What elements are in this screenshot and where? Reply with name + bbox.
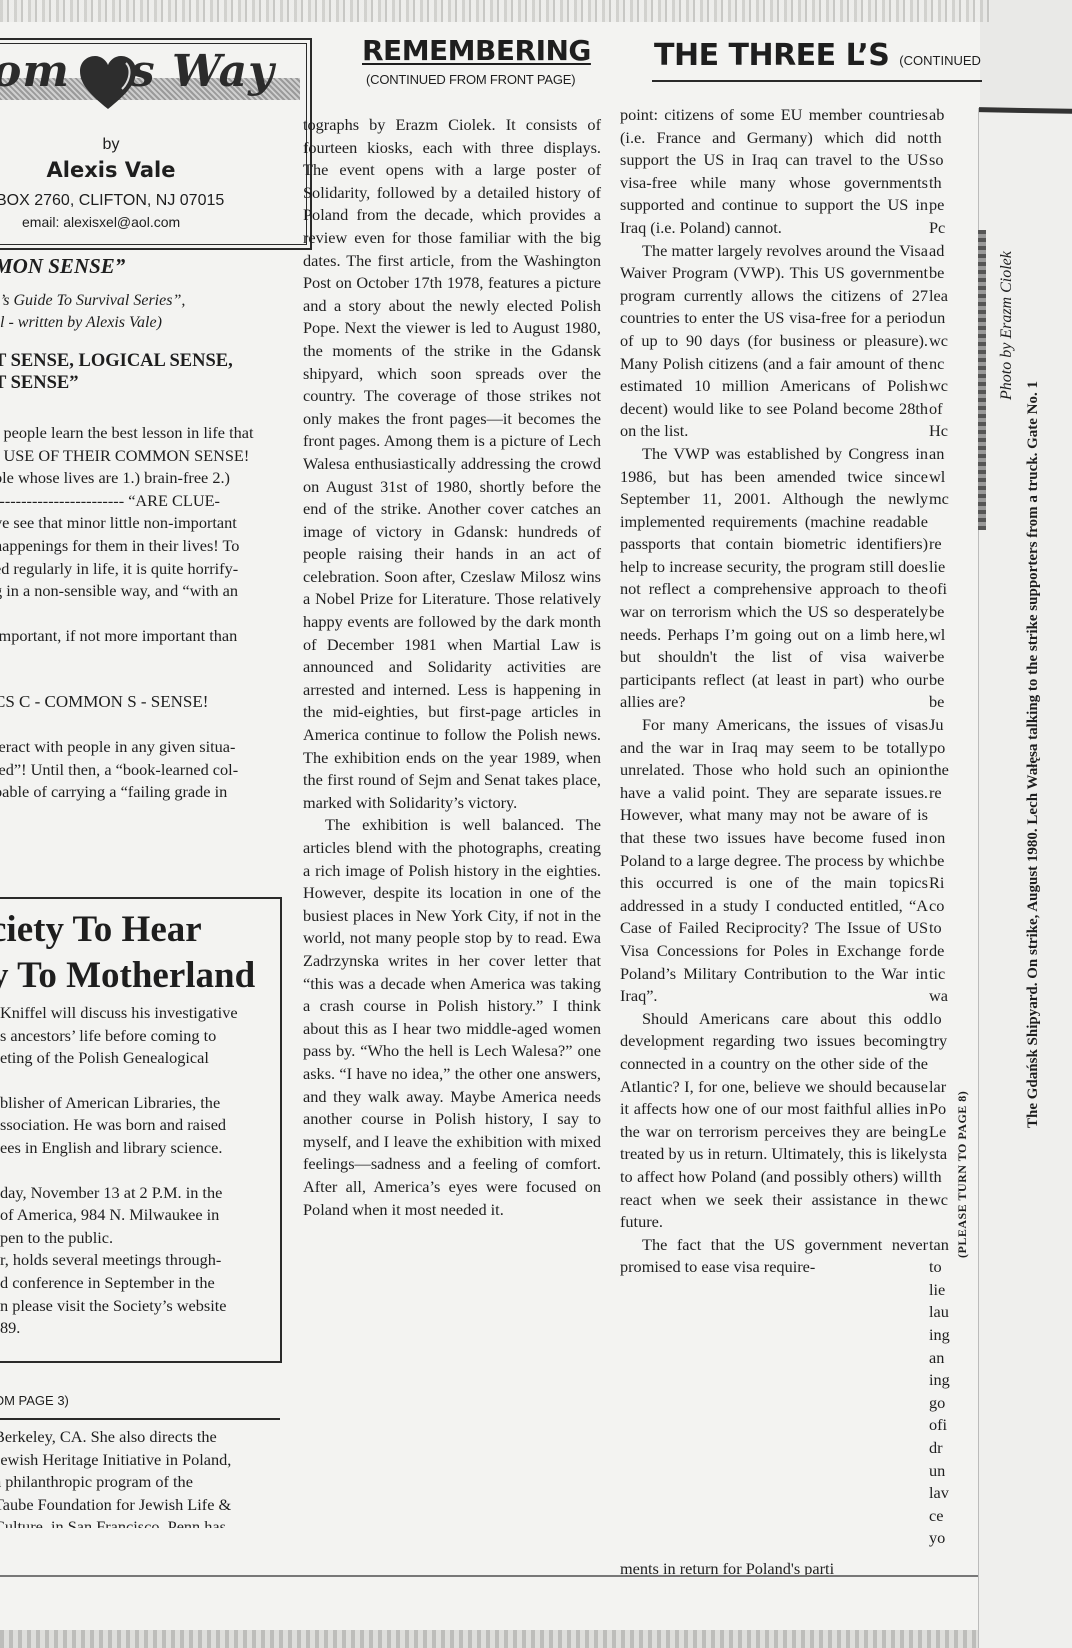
truncated-fragment: lo — [929, 1008, 957, 1031]
truncated-fragment: to — [929, 917, 957, 940]
truncated-fragment — [929, 804, 957, 827]
truncated-fragment: be — [929, 262, 957, 285]
spacer — [0, 1160, 272, 1182]
text-line: pable of carrying a “failing grade in — [0, 781, 294, 804]
truncated-fragment: sta — [929, 1143, 957, 1166]
text-line: important, if not more important than — [0, 625, 294, 648]
byline-by: by — [0, 136, 222, 154]
truncated-fragment: so — [929, 149, 957, 172]
truncated-fragment: try — [929, 1030, 957, 1053]
spacer — [0, 669, 294, 691]
text-line: Jewish Heritage Initiative in Poland, — [0, 1449, 284, 1472]
common-sense-body: f people learn the best lesson in life t… — [0, 422, 294, 804]
truncated-fragment: th — [929, 1166, 957, 1189]
photo-page-top-edge — [979, 107, 1072, 114]
truncated-fragment: on — [929, 827, 957, 850]
truncated-fragment: dr — [929, 1437, 957, 1460]
truncated-fragment: be — [929, 691, 957, 714]
truncated-fragment: nc — [929, 353, 957, 376]
truncated-fragment: un — [929, 1460, 957, 1483]
remembering-article-body: tographs by Erazm Ciolek. It consists of… — [303, 114, 601, 1221]
article-paragraph: For many Americans, the issues of visas … — [620, 714, 928, 1008]
text-line: Taube Foundation for Jewish Life & — [0, 1494, 284, 1517]
article-paragraph: point: citizens of some EU member countr… — [620, 104, 928, 240]
spacer — [0, 1070, 272, 1092]
article-paragraph: tographs by Erazm Ciolek. It consists of… — [303, 114, 601, 814]
truncated-fragment: ofi — [929, 578, 957, 601]
truncated-fragment: lie — [929, 1279, 957, 1302]
truncated-fragment: Po — [929, 1098, 957, 1121]
truncated-fragment: de — [929, 940, 957, 963]
text-line: eting of the Polish Genealogical — [0, 1047, 272, 1070]
truncated-fragment: tic — [929, 963, 957, 986]
truncated-fragment: wa — [929, 985, 957, 1008]
three-ls-continued-label: (CONTINUED — [899, 53, 981, 68]
text-line: blisher of American Libraries, the — [0, 1092, 272, 1115]
text-line: s ancestors’ life before coming to — [0, 1025, 272, 1048]
bottom-left-article: Berkeley, CA. She also directs the Jewis… — [0, 1426, 284, 1528]
text-line: ------------------------ “ARE CLUE- — [0, 490, 294, 513]
truncated-fragment: Ri — [929, 872, 957, 895]
truncated-fragment: be — [929, 601, 957, 624]
truncated-fragment: wc — [929, 330, 957, 353]
truncated-fragment: ad — [929, 240, 957, 263]
truncated-fragment: pe — [929, 194, 957, 217]
truncated-fragment: ing — [929, 1369, 957, 1392]
text-line: teract with people in any given situa- — [0, 736, 294, 759]
text-line: g in a non-sensible way, and “with an — [0, 580, 294, 603]
text-line: - USE OF THEIR COMMON SENSE! — [0, 445, 294, 468]
truncated-fragment: the — [929, 759, 957, 782]
common-sense-heading: T SENSE, LOGICAL SENSE, T SENSE” — [0, 350, 233, 394]
subtitle-line: ’s Guide To Survival Series”, — [0, 290, 185, 312]
truncated-fragment: be — [929, 850, 957, 873]
spacer — [0, 603, 294, 625]
truncated-fragment: be — [929, 646, 957, 669]
text-line: f people learn the best lesson in life t… — [0, 422, 294, 445]
truncated-fragment: po — [929, 737, 957, 760]
masthead-title-prefix: om — [0, 46, 70, 97]
article-paragraph: The fact that the US government never pr… — [620, 1234, 928, 1279]
section-rule — [0, 1418, 280, 1420]
truncated-fragment: ing — [929, 1324, 957, 1347]
text-line: ve see that minor little non-important — [0, 512, 294, 535]
truncated-fragment: lie — [929, 556, 957, 579]
text-line: of America, 984 N. Milwaukee in — [0, 1204, 272, 1227]
truncated-fragment: re — [929, 782, 957, 805]
photo-edge — [978, 230, 986, 530]
newspaper-page: oms Way by Alexis Vale BOX 2760, CLIFTON… — [0, 0, 980, 1648]
author-address: BOX 2760, CLIFTON, NJ 07015 — [0, 192, 224, 210]
text-line: happenings for them in their lives! To — [0, 535, 294, 558]
society-headline-line: y To Motherland — [0, 955, 255, 997]
truncated-fragment: to — [929, 1256, 957, 1279]
truncated-column: abthsothpePcadbeleaunwcncwcofHcanwlmcrel… — [929, 104, 957, 1550]
truncated-fragment: of — [929, 398, 957, 421]
truncated-fragment: th — [929, 172, 957, 195]
text-line: 89. — [0, 1317, 272, 1340]
truncated-fragment: mc — [929, 488, 957, 511]
author-name: Alexis Vale — [0, 158, 222, 182]
truncated-fragment: lar — [929, 1076, 957, 1099]
three-ls-article-body: point: citizens of some EU member countr… — [620, 104, 928, 1279]
scan-noise-top — [0, 0, 990, 22]
truncated-fragment: be — [929, 669, 957, 692]
truncated-fragment: Pc — [929, 217, 957, 240]
text-line: pen to the public. — [0, 1227, 272, 1250]
spacer — [0, 714, 294, 736]
truncated-fragment: lea — [929, 285, 957, 308]
spacer — [0, 647, 294, 669]
society-headline-line: ciety To Hear — [0, 909, 202, 951]
truncated-fragment: lav — [929, 1482, 957, 1505]
common-sense-title: MON SENSE” — [0, 254, 125, 279]
text-line: day, November 13 at 2 P.M. in the — [0, 1182, 272, 1205]
truncated-fragment — [929, 1211, 957, 1234]
text-line: Kniffel will discuss his investigative — [0, 1002, 272, 1025]
scan-noise-bottom — [0, 1630, 990, 1648]
truncated-fragment: wl — [929, 624, 957, 647]
headline-rule — [652, 80, 982, 82]
masthead-title-suffix: s Way — [130, 46, 275, 97]
text-line: ted”! Until then, a “book-learned col- — [0, 759, 294, 782]
photo-caption: The Gdańsk Shipyard. On strike, August 1… — [1025, 381, 1042, 1128]
cut-off-line: ments in return for Poland's parti — [620, 1562, 834, 1576]
heading-line: T SENSE, LOGICAL SENSE, — [0, 350, 233, 372]
text-line: a philanthropic program of the — [0, 1471, 284, 1494]
truncated-fragment: tan — [929, 1234, 957, 1257]
truncated-fragment: un — [929, 307, 957, 330]
truncated-fragment: ce — [929, 1505, 957, 1528]
text-line: Culture, in San Francisco. Penn has — [0, 1516, 284, 1528]
subtitle-line: l - written by Alexis Vale) — [0, 312, 185, 334]
author-email[interactable]: email: alexisxel@aol.com — [22, 214, 180, 230]
photo-credit: Photo by Erazm Ciolek — [998, 251, 1016, 400]
truncated-fragment: Ju — [929, 714, 957, 737]
truncated-fragment — [929, 1053, 957, 1076]
text-line: ed regularly in life, it is quite horrif… — [0, 558, 294, 581]
society-box: ciety To Hear y To Motherland Kniffel wi… — [0, 897, 282, 1363]
continued-from-label: OM PAGE 3) — [0, 1393, 69, 1408]
truncated-fragment: wc — [929, 375, 957, 398]
truncated-fragment: Hc — [929, 420, 957, 443]
text-line: r, holds several meetings through- — [0, 1249, 272, 1272]
text-line: ple whose lives are 1.) brain-free 2.) — [0, 467, 294, 490]
common-sense-subtitle: ’s Guide To Survival Series”, l - writte… — [0, 290, 185, 334]
truncated-fragment: ofi — [929, 1414, 957, 1437]
truncated-fragment: yo — [929, 1527, 957, 1550]
bottom-rule — [0, 1575, 990, 1577]
text-line: ssociation. He was born and raised — [0, 1114, 272, 1137]
article-paragraph: Should Americans care about this odd dev… — [620, 1008, 928, 1234]
article-paragraph: The matter largely revolves around the V… — [620, 240, 928, 443]
truncated-fragment: wl — [929, 466, 957, 489]
heart-icon — [78, 55, 138, 111]
truncated-fragment: wc — [929, 1189, 957, 1212]
text-line: n please visit the Society’s website — [0, 1295, 272, 1318]
article-paragraph: The VWP was established by Congress in 1… — [620, 443, 928, 714]
truncated-fragment: go — [929, 1392, 957, 1415]
turn-to-page-note: (PLEASE TURN TO PAGE 8) — [955, 1091, 970, 1258]
truncated-fragment: th — [929, 127, 957, 150]
truncated-fragment: Le — [929, 1121, 957, 1144]
remembering-headline: REMEMBERING — [362, 34, 591, 67]
three-ls-headline: THE THREE L’S (CONTINUED — [654, 38, 981, 73]
truncated-fragment: re — [929, 533, 957, 556]
truncated-fragment: an — [929, 443, 957, 466]
text-line: ees in English and library science. — [0, 1137, 272, 1160]
truncated-fragment — [929, 511, 957, 534]
article-paragraph: The exhibition is well balanced. The art… — [303, 814, 601, 1221]
truncated-fragment: lau — [929, 1301, 957, 1324]
heading-line: T SENSE” — [0, 372, 233, 394]
truncated-fragment: ab — [929, 104, 957, 127]
text-line: CS C - COMMON S - SENSE! — [0, 691, 294, 714]
remembering-continued-label: (CONTINUED FROM FRONT PAGE) — [366, 72, 575, 87]
truncated-fragment: co — [929, 895, 957, 918]
society-body: Kniffel will discuss his investigative s… — [0, 1002, 272, 1340]
text-line: d conference in September in the — [0, 1272, 272, 1295]
three-ls-title: THE THREE L’S — [654, 38, 889, 73]
truncated-fragment: an — [929, 1347, 957, 1370]
text-line: Berkeley, CA. She also directs the — [0, 1426, 284, 1449]
